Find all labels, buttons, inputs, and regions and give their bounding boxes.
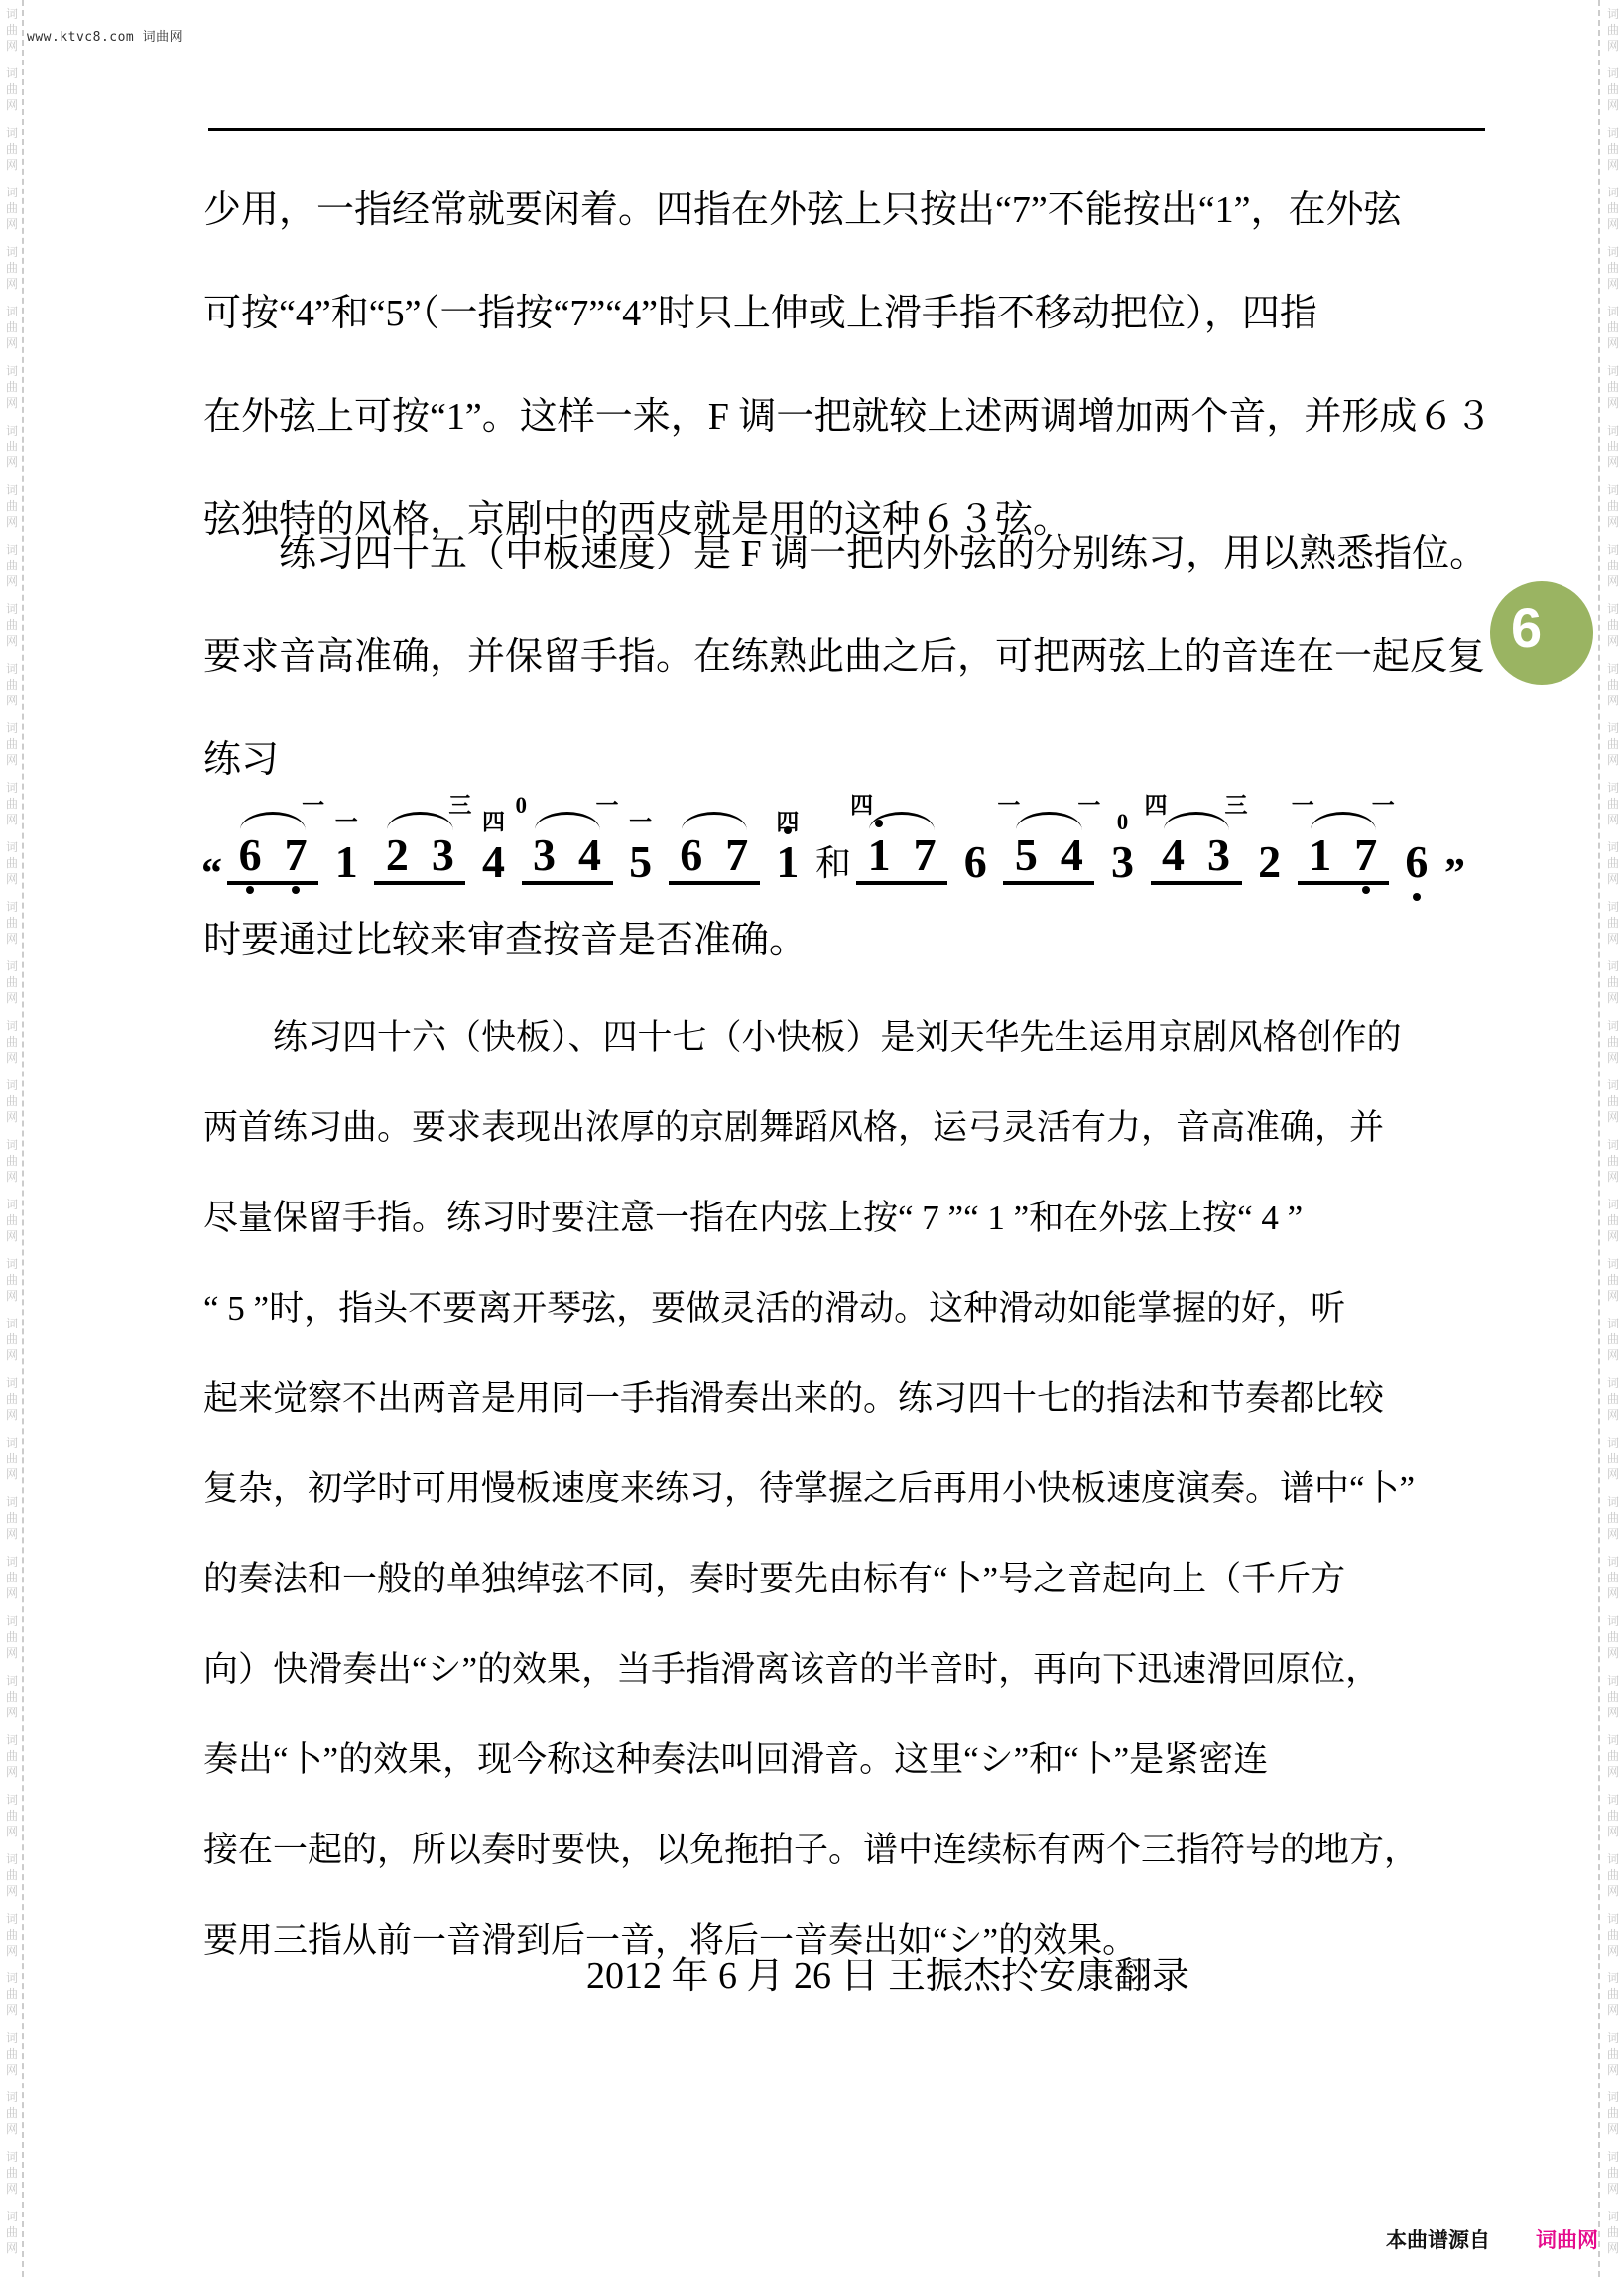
watermark-text-group: 词曲网 [1607, 1792, 1619, 1839]
watermark-char: 网 [1607, 1824, 1619, 1839]
watermark-char: 网 [1607, 573, 1619, 589]
beamed-notes: 67 [669, 832, 760, 885]
watermark-text-group: 词曲网 [6, 185, 18, 232]
watermark-char: 网 [6, 157, 18, 173]
watermark-text-group: 词曲网 [1607, 780, 1619, 827]
watermark-char: 词 [1607, 958, 1619, 974]
watermark-char: 网 [1607, 1407, 1619, 1423]
watermark-char: 网 [6, 276, 18, 292]
watermark-text-group: 词曲网 [6, 2030, 18, 2078]
slur-arc-icon [534, 812, 599, 830]
beamed-notes: 43 [1151, 832, 1242, 885]
watermark-char: 曲 [1607, 1272, 1619, 1288]
text-line: 在外弦上可按“1”。这样一来，F 调一把就较上述两调增加两个音，并形成６３ [203, 365, 1485, 468]
watermark-text-group: 词曲网 [6, 780, 18, 827]
watermark-text-group: 词曲网 [1607, 65, 1619, 113]
watermark-char: 词 [6, 899, 18, 915]
watermark-char: 网 [6, 1050, 18, 1066]
notation-marks [1247, 794, 1293, 839]
watermark-text-group: 词曲网 [1607, 958, 1619, 1006]
watermark-char: 词 [6, 1435, 18, 1451]
watermark-char: 词 [1607, 1732, 1619, 1748]
watermark-char: 网 [6, 931, 18, 947]
watermark-char: 词 [6, 542, 18, 558]
watermark-char: 网 [6, 1883, 18, 1899]
watermark-char: 曲 [1607, 260, 1619, 276]
notation-note: 4 [567, 832, 613, 878]
note-cell: 1 [323, 839, 369, 885]
watermark-char: 词 [1607, 1316, 1619, 1331]
watermark-char: 词 [1607, 125, 1619, 141]
paragraph-2-continuation: 时要通过比较来审查按音是否准确。 [203, 889, 1485, 992]
watermark-char: 曲 [6, 200, 18, 216]
note-single: 03 [1099, 794, 1145, 885]
watermark-text-group: 词曲网 [6, 1554, 18, 1601]
watermark-text-group: 词曲网 [1607, 601, 1619, 649]
watermark-text-group: 词曲网 [1607, 1256, 1619, 1304]
watermark-char: 曲 [6, 319, 18, 335]
watermark-text-group: 词曲网 [1607, 6, 1619, 54]
watermark-char: 曲 [6, 1153, 18, 1169]
watermark-text-group: 词曲网 [6, 1494, 18, 1542]
notation-marks [1394, 794, 1439, 839]
note-cell: 1 [765, 839, 811, 885]
slur-arc-icon [240, 812, 306, 830]
beamed-notes: 67 [227, 832, 318, 885]
watermark-char: 曲 [6, 1093, 18, 1109]
page-number-badge: 6 [1490, 581, 1593, 685]
watermark-char: 曲 [6, 1451, 18, 1466]
watermark-char: 网 [6, 1407, 18, 1423]
watermark-char: 词 [6, 1018, 18, 1034]
notation-note: 4 [1049, 832, 1094, 878]
watermark-char: 词 [6, 780, 18, 796]
watermark-text-group: 词曲网 [1607, 244, 1619, 292]
top-divider-rule [208, 128, 1485, 131]
footer: 本曲谱源自 词曲网 [1386, 2224, 1598, 2254]
watermark-char: 词 [6, 1792, 18, 1808]
watermark-char: 曲 [6, 498, 18, 514]
watermark-char: 网 [6, 1466, 18, 1482]
watermark-char: 网 [6, 1824, 18, 1839]
slur-arc-icon [682, 812, 747, 830]
watermark-char: 词 [1607, 780, 1619, 796]
fingering-mark: 0 [516, 794, 528, 817]
fingering-mark: 四 [1145, 794, 1168, 817]
watermark-char: 曲 [6, 617, 18, 633]
notation-note: 4 [1151, 832, 1196, 878]
watermark-char: 词 [6, 958, 18, 974]
watermark-char: 曲 [6, 2165, 18, 2181]
watermark-char: 网 [6, 2240, 18, 2256]
slur-arc-icon [1311, 812, 1376, 830]
jianpu-notation-line: “一67一1三23四40一34一567四1和四176一一5403四三432一一1… [201, 780, 1465, 899]
watermark-text-group: 词曲网 [1607, 720, 1619, 768]
watermark-char: 网 [1607, 931, 1619, 947]
text-line: 少用，一指经常就要闲着。四指在外弦上只按出“7”不能按出“1”，在外弦 [203, 159, 1485, 262]
watermark-text-group: 词曲网 [6, 2149, 18, 2197]
watermark-char: 词 [6, 1732, 18, 1748]
watermark-char: 曲 [1607, 2165, 1619, 2181]
notation-note: 2 [374, 832, 420, 878]
notation-note: 7 [902, 832, 947, 878]
watermark-char: 网 [1607, 871, 1619, 887]
slur-arc-icon [1163, 812, 1228, 830]
note-pair: 四17 [856, 787, 947, 885]
watermark-char: 词 [1607, 1851, 1619, 1867]
watermark-char: 词 [6, 6, 18, 22]
watermark-char: 曲 [1607, 1212, 1619, 1228]
watermark-char: 网 [1607, 395, 1619, 411]
watermark-char: 词 [1607, 1137, 1619, 1153]
watermark-char: 网 [1607, 633, 1619, 649]
watermark-text-group: 词曲网 [1607, 423, 1619, 470]
site-url-watermark: www.ktvc8.com 词曲网 [27, 26, 183, 45]
watermark-char: 网 [1607, 2181, 1619, 2197]
watermark-char: 曲 [6, 2224, 18, 2240]
watermark-char: 词 [1607, 839, 1619, 855]
note-single: 6 [952, 794, 998, 885]
watermark-char: 曲 [1607, 2046, 1619, 2062]
watermark-char: 曲 [1607, 1034, 1619, 1050]
notation-marks: 一一 [1298, 787, 1389, 832]
text-line: 尽量保留手指。练习时要注意一指在内弦上按“ 7 ”“ 1 ”和在外弦上按“ 4 … [203, 1173, 1485, 1263]
watermark-text-group: 词曲网 [6, 1197, 18, 1244]
watermark-text-group: 词曲网 [1607, 1197, 1619, 1244]
watermark-char: 词 [1607, 601, 1619, 617]
watermark-char: 曲 [6, 2105, 18, 2121]
watermark-text-group: 词曲网 [1607, 304, 1619, 351]
watermark-char: 词 [1607, 1256, 1619, 1272]
watermark-char: 词 [6, 2149, 18, 2165]
watermark-char: 网 [1607, 2062, 1619, 2078]
notation-marks: 一 [618, 794, 664, 839]
note-single: 一1 [323, 794, 369, 885]
note-single: 2 [1247, 794, 1293, 885]
watermark-text-group: 词曲网 [6, 542, 18, 589]
left-watermark-column: 词曲网词曲网词曲网词曲网词曲网词曲网词曲网词曲网词曲网词曲网词曲网词曲网词曲网词… [3, 6, 21, 2268]
watermark-text-group: 词曲网 [1607, 125, 1619, 173]
date-signature-line: 2012 年 6 月 26 日 王振杰扵安康翻录 [203, 1937, 1485, 2016]
watermark-text-group: 词曲网 [1607, 2209, 1619, 2256]
watermark-char: 词 [1607, 1911, 1619, 1927]
note-single: 四4 [470, 794, 516, 885]
fingering-mark: 一 [335, 811, 358, 833]
watermark-char: 曲 [1607, 2224, 1619, 2240]
watermark-text-group: 词曲网 [1607, 1494, 1619, 1542]
note-pair: 三23 [374, 787, 465, 885]
watermark-char: 曲 [6, 558, 18, 573]
watermark-char: 网 [6, 1943, 18, 1959]
watermark-char: 曲 [1607, 855, 1619, 871]
notation-marks: 一 [227, 787, 318, 832]
watermark-text-group: 词曲网 [6, 1792, 18, 1839]
right-dashed-divider [1598, 0, 1600, 2277]
note-pair: 四三43 [1151, 787, 1242, 885]
watermark-char: 网 [6, 752, 18, 768]
watermark-char: 网 [6, 335, 18, 351]
note-pair: 一一17 [1298, 787, 1389, 885]
watermark-char: 曲 [6, 855, 18, 871]
notation-note: 1 [323, 839, 369, 885]
watermark-char: 词 [6, 1613, 18, 1629]
watermark-text-group: 词曲网 [1607, 1375, 1619, 1423]
footer-source-label: 本曲谱源自 [1386, 2224, 1490, 2254]
watermark-char: 词 [6, 1554, 18, 1570]
beamed-notes: 34 [522, 832, 613, 885]
watermark-text-group: 词曲网 [6, 1732, 18, 1780]
watermark-char: 网 [6, 97, 18, 113]
note-pair: 一67 [227, 787, 318, 885]
watermark-char: 曲 [6, 1748, 18, 1764]
watermark-char: 词 [1607, 6, 1619, 22]
footer-brand-link[interactable]: 词曲网 [1536, 2224, 1598, 2254]
watermark-text-group: 词曲网 [6, 958, 18, 1006]
fingering-mark: 四 [850, 794, 873, 817]
watermark-char: 曲 [6, 81, 18, 97]
notation-note: 2 [1247, 839, 1293, 885]
watermark-char: 网 [6, 1169, 18, 1185]
watermark-char: 网 [6, 1347, 18, 1363]
watermark-char: 曲 [6, 22, 18, 38]
watermark-char: 词 [1607, 304, 1619, 319]
watermark-char: 词 [6, 2209, 18, 2224]
fingering-mark: 三 [1225, 794, 1248, 817]
watermark-text-group: 词曲网 [1607, 899, 1619, 947]
watermark-text-group: 词曲网 [1607, 1613, 1619, 1661]
watermark-text-group: 词曲网 [6, 1256, 18, 1304]
note-cell: 6 [952, 839, 998, 885]
watermark-char: 曲 [1607, 498, 1619, 514]
watermark-text-group: 词曲网 [1607, 1970, 1619, 2018]
notation-note: 6 [952, 839, 998, 885]
note-single: 6 [1394, 794, 1439, 885]
notation-marks: 一 [323, 794, 369, 839]
watermark-char: 网 [1607, 1288, 1619, 1304]
watermark-char: 网 [1607, 335, 1619, 351]
watermark-char: 网 [6, 2002, 18, 2018]
notation-marks: 0一 [522, 787, 613, 832]
notation-marks: 一一 [1003, 787, 1094, 832]
text-line: 复杂，初学时可用慢板速度来练习，待掌握之后再用小快板速度演奏。谱中“卜” [203, 1444, 1485, 1534]
notation-note: 7 [1343, 832, 1389, 878]
watermark-char: 词 [1607, 1673, 1619, 1689]
watermark-char: 词 [6, 1077, 18, 1093]
watermark-char: 曲 [1607, 1867, 1619, 1883]
watermark-char: 词 [1607, 363, 1619, 379]
watermark-char: 网 [6, 1109, 18, 1125]
watermark-char: 词 [6, 1673, 18, 1689]
watermark-text-group: 词曲网 [1607, 1673, 1619, 1720]
watermark-char: 网 [1607, 514, 1619, 530]
slur-arc-icon [1016, 812, 1081, 830]
fingering-mark: 一 [302, 794, 324, 817]
watermark-char: 网 [6, 2062, 18, 2078]
watermark-text-group: 词曲网 [6, 125, 18, 173]
watermark-char: 曲 [6, 677, 18, 693]
watermark-char: 曲 [6, 796, 18, 812]
watermark-char: 曲 [1607, 141, 1619, 157]
watermark-char: 网 [1607, 1050, 1619, 1066]
fingering-mark: 一 [1372, 794, 1395, 817]
watermark-char: 网 [1607, 752, 1619, 768]
watermark-char: 词 [6, 363, 18, 379]
watermark-char: 网 [1607, 2121, 1619, 2137]
watermark-char: 网 [1607, 157, 1619, 173]
watermark-char: 网 [1607, 1466, 1619, 1482]
watermark-text-group: 词曲网 [1607, 482, 1619, 530]
watermark-char: 词 [6, 839, 18, 855]
watermark-char: 词 [6, 1137, 18, 1153]
watermark-text-group: 词曲网 [6, 720, 18, 768]
watermark-char: 曲 [1607, 379, 1619, 395]
watermark-char: 曲 [6, 1808, 18, 1824]
watermark-char: 曲 [6, 1867, 18, 1883]
watermark-char: 词 [6, 720, 18, 736]
watermark-text-group: 词曲网 [6, 482, 18, 530]
watermark-text-group: 词曲网 [1607, 542, 1619, 589]
watermark-text-group: 词曲网 [6, 839, 18, 887]
notation-note: 7 [273, 832, 318, 878]
watermark-text-group: 词曲网 [1607, 2149, 1619, 2197]
notation-note: 4 [470, 839, 516, 885]
watermark-char: 词 [6, 1256, 18, 1272]
watermark-char: 词 [1607, 2089, 1619, 2105]
note-pair: 0一34 [522, 787, 613, 885]
note-single: 一5 [618, 794, 664, 885]
note-pair: 一一54 [1003, 787, 1094, 885]
watermark-char: 网 [1607, 1943, 1619, 1959]
watermark-char: 曲 [1607, 1451, 1619, 1466]
watermark-text-group: 词曲网 [1607, 2089, 1619, 2137]
watermark-char: 网 [6, 1228, 18, 1244]
watermark-char: 曲 [6, 736, 18, 752]
watermark-text-group: 词曲网 [1607, 1137, 1619, 1185]
watermark-char: 词 [1607, 423, 1619, 439]
beamed-notes: 23 [374, 832, 465, 885]
watermark-text-group: 词曲网 [1607, 1911, 1619, 1959]
watermark-text-group: 词曲网 [1607, 661, 1619, 708]
watermark-char: 网 [6, 633, 18, 649]
watermark-char: 曲 [1607, 677, 1619, 693]
fingering-mark: 一 [629, 811, 652, 833]
watermark-char: 网 [1607, 38, 1619, 54]
watermark-text-group: 词曲网 [6, 423, 18, 470]
notation-marks: 三 [374, 787, 465, 832]
watermark-char: 网 [6, 1764, 18, 1780]
watermark-char: 词 [1607, 1197, 1619, 1212]
watermark-char: 词 [6, 661, 18, 677]
watermark-char: 网 [1607, 1585, 1619, 1601]
watermark-char: 曲 [1607, 1748, 1619, 1764]
notation-marks [669, 787, 760, 832]
watermark-char: 曲 [1607, 1331, 1619, 1347]
watermark-char: 曲 [6, 1391, 18, 1407]
watermark-text-group: 词曲网 [1607, 185, 1619, 232]
watermark-char: 曲 [6, 1212, 18, 1228]
watermark-char: 词 [1607, 1435, 1619, 1451]
watermark-text-group: 词曲网 [6, 1435, 18, 1482]
watermark-char: 曲 [6, 974, 18, 990]
watermark-char: 词 [1607, 2030, 1619, 2046]
watermark-char: 曲 [1607, 1927, 1619, 1943]
watermark-char: 网 [1607, 1228, 1619, 1244]
watermark-char: 词 [1607, 1077, 1619, 1093]
notation-marks [952, 794, 998, 839]
watermark-char: 网 [1607, 693, 1619, 708]
note-cell: 5 [618, 839, 664, 885]
beamed-notes: 17 [1298, 832, 1389, 885]
watermark-text-group: 词曲网 [6, 1077, 18, 1125]
right-watermark-column: 词曲网词曲网词曲网词曲网词曲网词曲网词曲网词曲网词曲网词曲网词曲网词曲网词曲网词… [1604, 6, 1622, 2268]
fingering-mark: 一 [596, 794, 619, 817]
watermark-char: 网 [6, 1705, 18, 1720]
watermark-text-group: 词曲网 [1607, 1018, 1619, 1066]
text-line: 要求音高准确，并保留手指。在练熟此曲之后，可把两弦上的音连在一起反复 [203, 605, 1485, 708]
watermark-text-group: 词曲网 [6, 65, 18, 113]
page-number: 6 [1511, 597, 1542, 659]
watermark-text-group: 词曲网 [6, 1137, 18, 1185]
watermark-text-group: 词曲网 [6, 1613, 18, 1661]
watermark-char: 词 [6, 65, 18, 81]
watermark-text-group: 词曲网 [6, 2089, 18, 2137]
watermark-char: 曲 [1607, 1986, 1619, 2002]
watermark-char: 词 [1607, 1494, 1619, 1510]
note-cell: 2 [1247, 839, 1293, 885]
watermark-text-group: 词曲网 [1607, 1554, 1619, 1601]
watermark-text-group: 词曲网 [1607, 363, 1619, 411]
text-line: 练习四十六（快板）、四十七（小快板）是刘天华先生运用京剧风格创作的 [203, 992, 1485, 1082]
watermark-char: 网 [1607, 1764, 1619, 1780]
text-line: 练习四十五（中板速度）是 F 调一把内外弦的分别练习，用以熟悉指位。 [203, 502, 1485, 605]
watermark-char: 曲 [1607, 1391, 1619, 1407]
fingering-mark: 一 [1077, 794, 1100, 817]
fingering-mark: 三 [448, 794, 471, 817]
watermark-char: 曲 [6, 379, 18, 395]
watermark-text-group: 词曲网 [6, 1673, 18, 1720]
watermark-char: 网 [6, 1645, 18, 1661]
watermark-char: 网 [1607, 812, 1619, 827]
fingering-mark: 一 [997, 794, 1020, 817]
watermark-char: 曲 [1607, 81, 1619, 97]
watermark-char: 网 [1607, 216, 1619, 232]
watermark-char: 曲 [6, 1272, 18, 1288]
watermark-text-group: 词曲网 [6, 1018, 18, 1066]
watermark-char: 词 [1607, 2149, 1619, 2165]
watermark-text-group: 词曲网 [6, 601, 18, 649]
watermark-char: 词 [1607, 1554, 1619, 1570]
watermark-char: 网 [6, 514, 18, 530]
text-line: “ 5 ”时，指头不要离开琴弦，要做灵活的滑动。这种滑动如能掌握的好，听 [203, 1263, 1485, 1353]
watermark-char: 词 [6, 1197, 18, 1212]
watermark-char: 网 [1607, 1169, 1619, 1185]
watermark-char: 曲 [6, 1689, 18, 1705]
notation-note: 7 [714, 832, 760, 878]
watermark-text-group: 词曲网 [6, 899, 18, 947]
watermark-char: 词 [1607, 185, 1619, 200]
watermark-text-group: 词曲网 [6, 1911, 18, 1959]
watermark-char: 词 [1607, 661, 1619, 677]
watermark-char: 网 [6, 2121, 18, 2137]
text-line: 向）快滑奏出“シ”的效果，当手指滑离该音的半音时，再向下迅速滑回原位， [203, 1624, 1485, 1714]
watermark-char: 曲 [1607, 974, 1619, 990]
watermark-char: 网 [6, 812, 18, 827]
watermark-char: 词 [6, 185, 18, 200]
watermark-char: 词 [6, 304, 18, 319]
watermark-char: 网 [6, 1288, 18, 1304]
watermark-char: 网 [6, 216, 18, 232]
octave-dot-above [875, 820, 883, 827]
